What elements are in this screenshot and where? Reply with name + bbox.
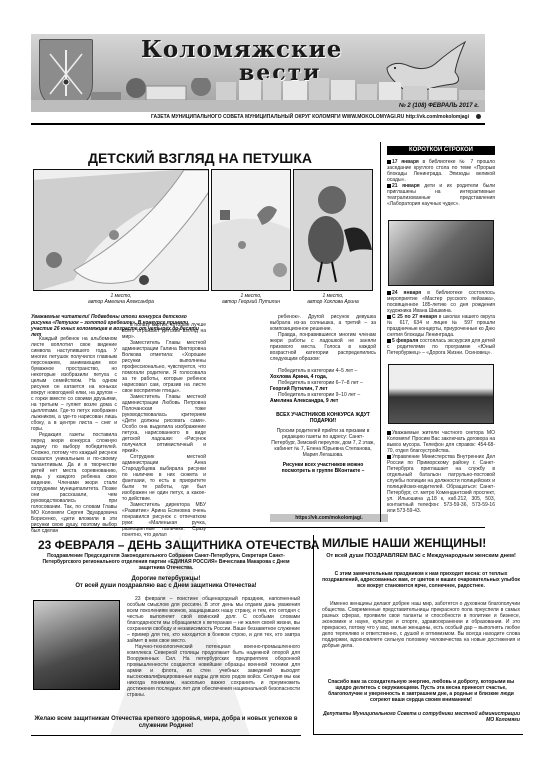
caption-3: 1 место, автор Хохлова Арина	[293, 293, 373, 305]
news-item: Уважаемые жители частного сектора МО Кол…	[387, 430, 495, 514]
gifts-heading: ВСЕХ УЧАСТНИКОВ КОНКУРСА ЖДУТ ПОДАРКИ!	[270, 412, 376, 424]
bullet-icon	[387, 339, 391, 343]
paragraph: Заместитель Главы местной администрации …	[122, 340, 206, 394]
gifts-text: Просим родителей прийти за призами в ред…	[270, 428, 376, 458]
tagline-text: ГАЗЕТА МУНИЦИПАЛЬНОГО СОВЕТА МУНИЦИПАЛЬН…	[151, 114, 469, 120]
paragraph: Редакция газеты поставила перед жюри кон…	[31, 432, 117, 534]
header-rule	[31, 123, 485, 125]
bottom-rule	[313, 734, 523, 735]
article-headline: ДЕТСКИЙ ВЗГЛЯД НА ПЕТУШКА	[30, 150, 370, 166]
paragraph: ребенок». Другой рисунок девушка выбрала…	[270, 314, 376, 332]
drawing-1-image	[33, 169, 209, 291]
caption-2: 1 место, автор Георгий Путилин	[211, 293, 291, 305]
women-body: Именно женщины делают добрее наш мир, за…	[322, 601, 520, 649]
caption-author: автор Хохлова Арина	[293, 299, 373, 305]
bullet-icon	[387, 315, 391, 319]
women-intro: С этим замечательным праздником к нам пр…	[322, 571, 520, 589]
paragraph: Научно-технологический потенциал военно-…	[127, 644, 300, 698]
city-skyline-illustration	[91, 78, 485, 100]
article-column-2: в пользу картин, которые лучше всего отр…	[122, 322, 206, 538]
winner-name: Амелина Александра, 9 лет	[270, 398, 338, 404]
women-subtitle: От всей души ПОЗДРАВЛЯЕМ ВАС с Междунаро…	[322, 553, 520, 559]
paragraph: Заместитель директора МБУ «Развитие» Ари…	[122, 502, 206, 538]
newspaper-title: Коломяжские	[141, 36, 342, 63]
column-divider	[313, 535, 314, 735]
news-item: 17 января в библиотеке № 7 прошло заседа…	[387, 159, 495, 207]
masthead: Коломяжские вести	[31, 34, 485, 100]
paragraph: Именно женщины делают добрее наш мир, за…	[322, 601, 520, 649]
paragraph: 23 февраля – поистине общенародный празд…	[127, 596, 300, 644]
feb23-body: 23 февраля – поистине общенародный празд…	[127, 596, 300, 698]
caption-1: 1 место, автор Амелина Александра	[33, 293, 209, 305]
article-column-3: ребенок». Другой рисунок девушка выбрала…	[270, 314, 376, 474]
caption-author: автор Георгий Путилин	[211, 299, 291, 305]
paragraph: Правда, понравившиеся многим членам жюри…	[270, 332, 376, 362]
feb23-closing: Желаю всем защитникам Отечества крепкого…	[31, 716, 301, 730]
feb23-headline: 23 ФЕВРАЛЯ – ДЕНЬ ЗАЩИТНИКА ОТЕЧЕСТВА	[38, 538, 319, 552]
news-item: 24 января в библиотеке состоялось меропр…	[387, 290, 495, 356]
excursion-photo	[388, 364, 494, 424]
bullet-icon	[387, 184, 391, 188]
bullet-icon	[387, 431, 391, 435]
paragraph: Сотрудник местной администрации Анна Ста…	[122, 454, 206, 502]
sidebar-title: КОРОТКОЙ СТРОКОЙ	[387, 146, 495, 155]
caption-author: автор Амелина Александра	[33, 299, 209, 305]
vk-text: Рисунки всех участников можно посмотреть…	[270, 462, 376, 474]
bullet-icon	[387, 291, 391, 295]
sidebar-divider	[380, 142, 381, 522]
women-headline: МИЛЫЕ НАШИ ЖЕНЩИНЫ!	[322, 536, 486, 550]
drawing-2-image	[211, 169, 291, 291]
bullet-icon	[387, 160, 391, 164]
bullet-icon	[387, 455, 391, 459]
portrait-photo	[33, 600, 120, 690]
paragraph: в пользу картин, которые лучше всего отр…	[122, 322, 206, 340]
coat-of-arms-icon	[39, 39, 93, 100]
drawing-3-image	[293, 169, 373, 291]
article-column-1: Каждый ребенок на альбомном листе воплот…	[31, 336, 117, 534]
feb23-subtitle: Поздравление Председателя Законодательно…	[31, 553, 301, 571]
paragraph: Заместитель Главы местной администрации …	[122, 394, 206, 454]
tagline: ГАЗЕТА МУНИЦИПАЛЬНОГО СОВЕТА МУНИЦИПАЛЬН…	[31, 112, 485, 122]
feb23-greeting: Дорогие петербуржцы! От всей души поздра…	[31, 576, 301, 590]
bottom-rule	[31, 735, 301, 736]
women-signature: Депутаты Муниципального Совета и сотрудн…	[322, 711, 520, 723]
library-photo	[388, 220, 494, 286]
women-closing: Спасибо вам за созидательную энергию, лю…	[322, 679, 520, 703]
vk-group-link[interactable]: https://vk.com/mokolomjagi.	[270, 514, 388, 522]
vk-icon	[476, 114, 481, 119]
paragraph: Каждый ребенок на альбомном листе воплот…	[31, 336, 117, 432]
issue-number: № 2 (108) ФЕВРАЛЬ 2017 г.	[31, 100, 485, 112]
section-rule	[31, 527, 485, 528]
